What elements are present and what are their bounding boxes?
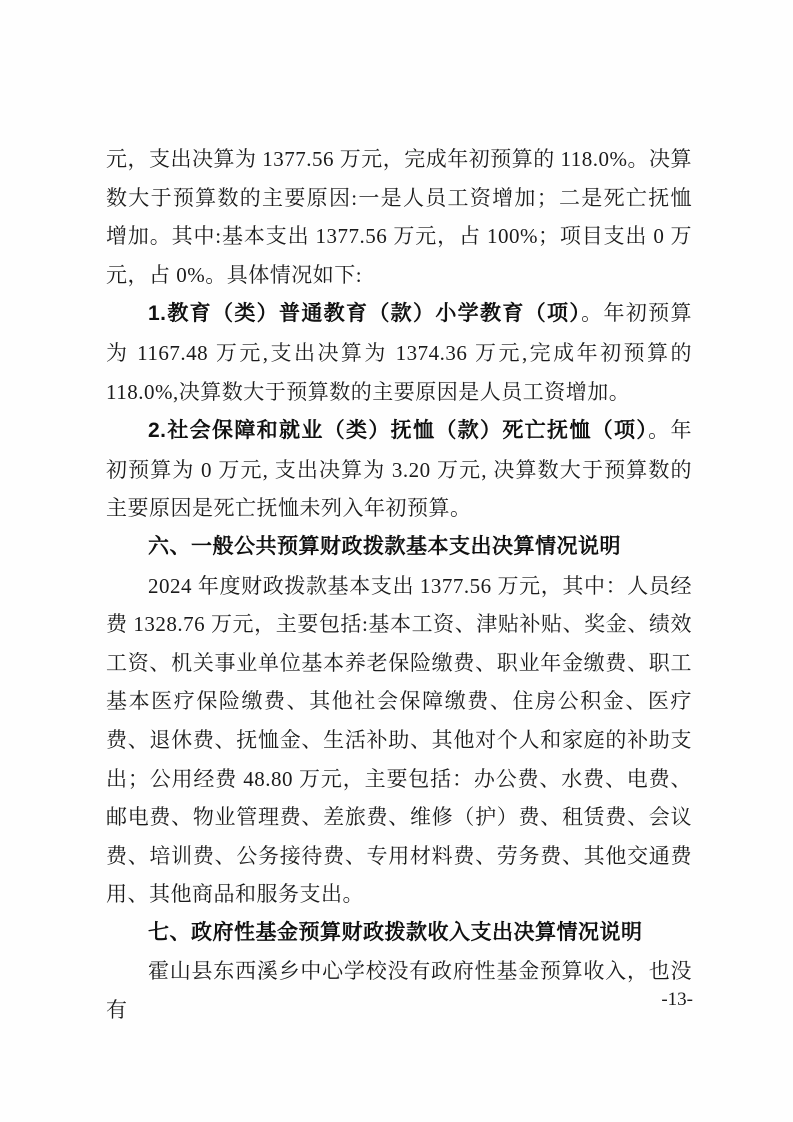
paragraph-continuation: 元，支出决算为 1377.56 万元，完成年初预算的 118.0%。决算数大于预… [106,140,692,294]
paragraph-item2: 2.社会保障和就业（类）抚恤（款）死亡抚恤（项）。年初预算为 0 万元, 支出决… [106,411,692,528]
page-number: -13- [661,988,693,1012]
item1-title: 1.教育（类）普通教育（款）小学教育（项） [148,302,581,325]
section-heading-6: 六、一般公共预算财政拨款基本支出决算情况说明 [106,528,692,567]
section6-body: 2024 年度财政拨款基本支出 1377.56 万元，其中：人员经费 1328.… [106,567,692,914]
section-heading-7: 七、政府性基金预算财政拨款收入支出决算情况说明 [106,914,692,953]
item2-title: 2.社会保障和就业（类）抚恤（款）死亡抚恤（项） [148,419,648,442]
document-page: 元，支出决算为 1377.56 万元，完成年初预算的 118.0%。决算数大于预… [0,0,793,1122]
paragraph-item1: 1.教育（类）普通教育（款）小学教育（项）。年初预算为 1167.48 万元,支… [106,294,692,411]
section7-body: 霍山县东西溪乡中心学校没有政府性基金预算收入，也没有 [106,952,692,1029]
document-body: 元，支出决算为 1377.56 万元，完成年初预算的 118.0%。决算数大于预… [106,140,692,1030]
